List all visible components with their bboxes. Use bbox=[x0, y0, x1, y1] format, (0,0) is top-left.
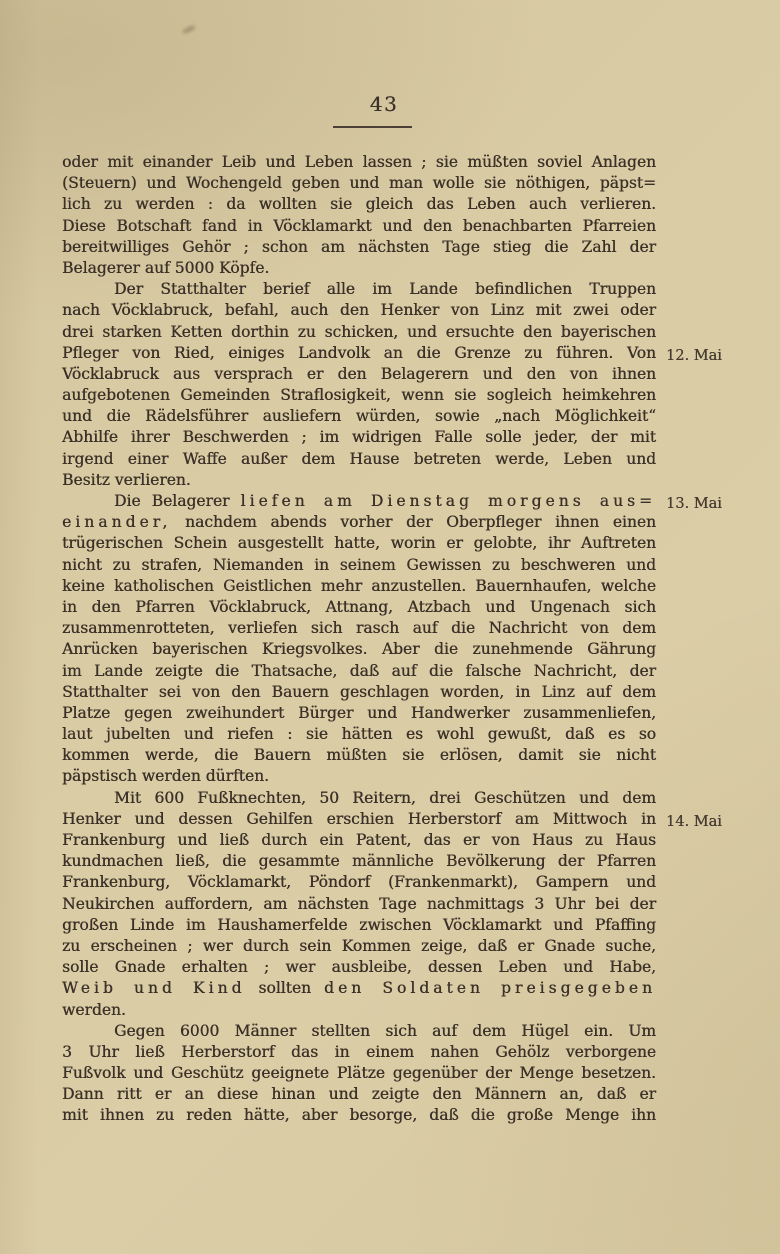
text-segment: Besitz verlieren. bbox=[62, 471, 191, 489]
text-line: Belagerer auf 5000 Köpfe. bbox=[62, 258, 656, 279]
text-segment: sollten bbox=[245, 979, 324, 997]
text-segment: Dann ritt er an diese hinan und zeigte d… bbox=[62, 1085, 656, 1103]
text-line: Die Belagerer liefen am Dienstag morgens… bbox=[62, 491, 656, 512]
text-line: drei starken Ketten dorthin zu schicken,… bbox=[62, 322, 656, 343]
letterspaced-emphasis-text: den Soldaten preisgegeben bbox=[324, 979, 656, 997]
margin-date-note: 13. Mai bbox=[666, 494, 722, 515]
text-line: 3 Uhr ließ Herberstorf das in einem nahe… bbox=[62, 1042, 656, 1063]
text-segment: aufgebotenen Gemeinden Straflosigkeit, w… bbox=[62, 386, 656, 404]
text-line: im Lande zeigte die Thatsache, daß auf d… bbox=[62, 661, 656, 682]
text-segment: lich zu werden : da wollten sie gleich d… bbox=[62, 195, 656, 213]
text-line: Henker und dessen Gehilfen erschien Herb… bbox=[62, 809, 656, 830]
text-segment: werden. bbox=[62, 1001, 126, 1019]
scanned-book-page: 43 oder mit einander Leib und Leben lass… bbox=[0, 0, 780, 1254]
text-segment: Fußvolk und Geschütz geeignete Plätze ge… bbox=[62, 1064, 656, 1082]
text-line: laut jubelten und riefen : sie hätten es… bbox=[62, 724, 656, 745]
text-line: und die Rädelsführer ausliefern würden, … bbox=[62, 406, 656, 427]
text-segment: oder mit einander Leib und Leben lassen … bbox=[62, 153, 656, 171]
text-segment: Gegen 6000 Männer stellten sich auf dem … bbox=[114, 1022, 656, 1040]
text-line: solle Gnade erhalten ; wer ausbleibe, de… bbox=[62, 957, 656, 978]
text-line: Mit 600 Fußknechten, 50 Reitern, drei Ge… bbox=[62, 788, 656, 809]
text-line: zu erscheinen ; wer durch sein Kommen ze… bbox=[62, 936, 656, 957]
letterspaced-emphasis-text: Weib und Kind bbox=[62, 979, 245, 997]
text-segment: Vöcklabruck aus versprach er den Belager… bbox=[62, 365, 656, 383]
text-line: in den Pfarren Vöcklabruck, Attnang, Atz… bbox=[62, 597, 656, 618]
text-line: Abhilfe ihrer Beschwerden ; im widrigen … bbox=[62, 427, 656, 448]
text-line: Frankenburg und ließ durch ein Patent, d… bbox=[62, 830, 656, 851]
text-line: Besitz verlieren. bbox=[62, 470, 656, 491]
text-segment: bereitwilliges Gehör ; schon am nächsten… bbox=[62, 238, 656, 256]
text-line: mit ihnen zu reden hätte, aber besorge, … bbox=[62, 1105, 656, 1126]
text-segment: Frankenburg und ließ durch ein Patent, d… bbox=[62, 831, 656, 849]
text-line: Gegen 6000 Männer stellten sich auf dem … bbox=[62, 1021, 656, 1042]
text-line: werden. bbox=[62, 1000, 656, 1021]
text-line: Der Statthalter berief alle im Lande bef… bbox=[62, 279, 656, 300]
text-segment: Belagerer auf 5000 Köpfe. bbox=[62, 259, 269, 277]
text-segment: laut jubelten und riefen : sie hätten es… bbox=[62, 725, 656, 743]
text-segment: nicht zu strafen, Niemanden in seinem Ge… bbox=[62, 556, 656, 574]
text-segment: mit ihnen zu reden hätte, aber besorge, … bbox=[62, 1106, 656, 1124]
page-header: 43 bbox=[334, 92, 434, 116]
text-line: Statthalter sei von den Bauern geschlage… bbox=[62, 682, 656, 703]
page-number-rule bbox=[333, 126, 412, 128]
text-segment: Diese Botschaft fand in Vöcklamarkt und … bbox=[62, 217, 656, 235]
text-segment: irgend einer Waffe außer dem Hause betre… bbox=[62, 450, 656, 468]
text-line: kommen werde, die Bauern müßten sie erlö… bbox=[62, 745, 656, 766]
text-line: nicht zu strafen, Niemanden in seinem Ge… bbox=[62, 555, 656, 576]
text-segment: trügerischen Schein ausgestellt hatte, w… bbox=[62, 534, 656, 552]
letterspaced-emphasis-text: liefen am Dienstag morgens aus= bbox=[240, 492, 656, 510]
text-segment: kundmachen ließ, die gesammte männliche … bbox=[62, 852, 656, 870]
text-line: oder mit einander Leib und Leben lassen … bbox=[62, 152, 656, 173]
text-line: Neukirchen auffordern, am nächsten Tage … bbox=[62, 894, 656, 915]
text-segment: Anrücken bayerischen Kriegsvolkes. Aber … bbox=[62, 640, 656, 658]
text-segment: Mit 600 Fußknechten, 50 Reitern, drei Ge… bbox=[114, 789, 656, 807]
text-segment: Pfleger von Ried, einiges Landvolk an di… bbox=[62, 344, 656, 362]
text-line: Vöcklabruck aus versprach er den Belager… bbox=[62, 364, 656, 385]
text-segment: Frankenburg, Vöcklamarkt, Pöndorf (Frank… bbox=[62, 873, 656, 891]
text-segment: päpstisch werden dürften. bbox=[62, 767, 269, 785]
text-segment: keine katholischen Geistlichen mehr anzu… bbox=[62, 577, 656, 595]
text-segment: kommen werde, die Bauern müßten sie erlö… bbox=[62, 746, 656, 764]
text-line: kundmachen ließ, die gesammte männliche … bbox=[62, 851, 656, 872]
text-line: Dann ritt er an diese hinan und zeigte d… bbox=[62, 1084, 656, 1105]
text-segment: drei starken Ketten dorthin zu schicken,… bbox=[62, 323, 656, 341]
text-segment: Platze gegen zweihundert Bürger und Hand… bbox=[62, 704, 656, 722]
text-segment: nachdem abends vorher der Oberpfleger ih… bbox=[171, 513, 656, 531]
text-line: bereitwilliges Gehör ; schon am nächsten… bbox=[62, 237, 656, 258]
text-line: einander, nachdem abends vorher der Ober… bbox=[62, 512, 656, 533]
text-line: Fußvolk und Geschütz geeignete Plätze ge… bbox=[62, 1063, 656, 1084]
margin-date-note: 12. Mai bbox=[666, 346, 722, 367]
page-number: 43 bbox=[334, 92, 434, 116]
text-line: nach Vöcklabruck, befahl, auch den Henke… bbox=[62, 300, 656, 321]
text-line: (Steuern) und Wochengeld geben und man w… bbox=[62, 173, 656, 194]
text-line: irgend einer Waffe außer dem Hause betre… bbox=[62, 449, 656, 470]
text-line: trügerischen Schein ausgestellt hatte, w… bbox=[62, 533, 656, 554]
text-segment: zusammenrotteten, verliefen sich rasch a… bbox=[62, 619, 656, 637]
text-segment: (Steuern) und Wochengeld geben und man w… bbox=[62, 174, 656, 192]
body-text: oder mit einander Leib und Leben lassen … bbox=[62, 152, 656, 1127]
text-line: großen Linde im Haushamerfelde zwischen … bbox=[62, 915, 656, 936]
text-segment: Abhilfe ihrer Beschwerden ; im widrigen … bbox=[62, 428, 656, 446]
text-line: aufgebotenen Gemeinden Straflosigkeit, w… bbox=[62, 385, 656, 406]
letterspaced-emphasis-text: einander, bbox=[62, 513, 171, 531]
text-segment: in den Pfarren Vöcklabruck, Attnang, Atz… bbox=[62, 598, 656, 616]
text-line: Pfleger von Ried, einiges Landvolk an di… bbox=[62, 343, 656, 364]
text-line: Platze gegen zweihundert Bürger und Hand… bbox=[62, 703, 656, 724]
text-line: lich zu werden : da wollten sie gleich d… bbox=[62, 194, 656, 215]
text-segment: großen Linde im Haushamerfelde zwischen … bbox=[62, 916, 656, 934]
text-segment: Neukirchen auffordern, am nächsten Tage … bbox=[62, 895, 656, 913]
text-segment: im Lande zeigte die Thatsache, daß auf d… bbox=[62, 662, 656, 680]
text-segment: nach Vöcklabruck, befahl, auch den Henke… bbox=[62, 301, 656, 319]
text-line: zusammenrotteten, verliefen sich rasch a… bbox=[62, 618, 656, 639]
text-segment: zu erscheinen ; wer durch sein Kommen ze… bbox=[62, 937, 656, 955]
text-line: Weib und Kind sollten den Soldaten preis… bbox=[62, 978, 656, 999]
text-line: Frankenburg, Vöcklamarkt, Pöndorf (Frank… bbox=[62, 872, 656, 893]
text-segment: Der Statthalter berief alle im Lande bef… bbox=[114, 280, 656, 298]
margin-date-note: 14. Mai bbox=[666, 812, 722, 833]
text-segment: solle Gnade erhalten ; wer ausbleibe, de… bbox=[62, 958, 656, 976]
text-line: Anrücken bayerischen Kriegsvolkes. Aber … bbox=[62, 639, 656, 660]
text-segment: Die Belagerer bbox=[114, 492, 240, 510]
text-segment: Statthalter sei von den Bauern geschlage… bbox=[62, 683, 656, 701]
text-line: Diese Botschaft fand in Vöcklamarkt und … bbox=[62, 216, 656, 237]
text-line: päpstisch werden dürften. bbox=[62, 766, 656, 787]
scan-smudge-mark bbox=[182, 24, 197, 34]
text-segment: Henker und dessen Gehilfen erschien Herb… bbox=[62, 810, 656, 828]
text-segment: 3 Uhr ließ Herberstorf das in einem nahe… bbox=[62, 1043, 656, 1061]
text-line: keine katholischen Geistlichen mehr anzu… bbox=[62, 576, 656, 597]
text-segment: und die Rädelsführer ausliefern würden, … bbox=[62, 407, 656, 425]
